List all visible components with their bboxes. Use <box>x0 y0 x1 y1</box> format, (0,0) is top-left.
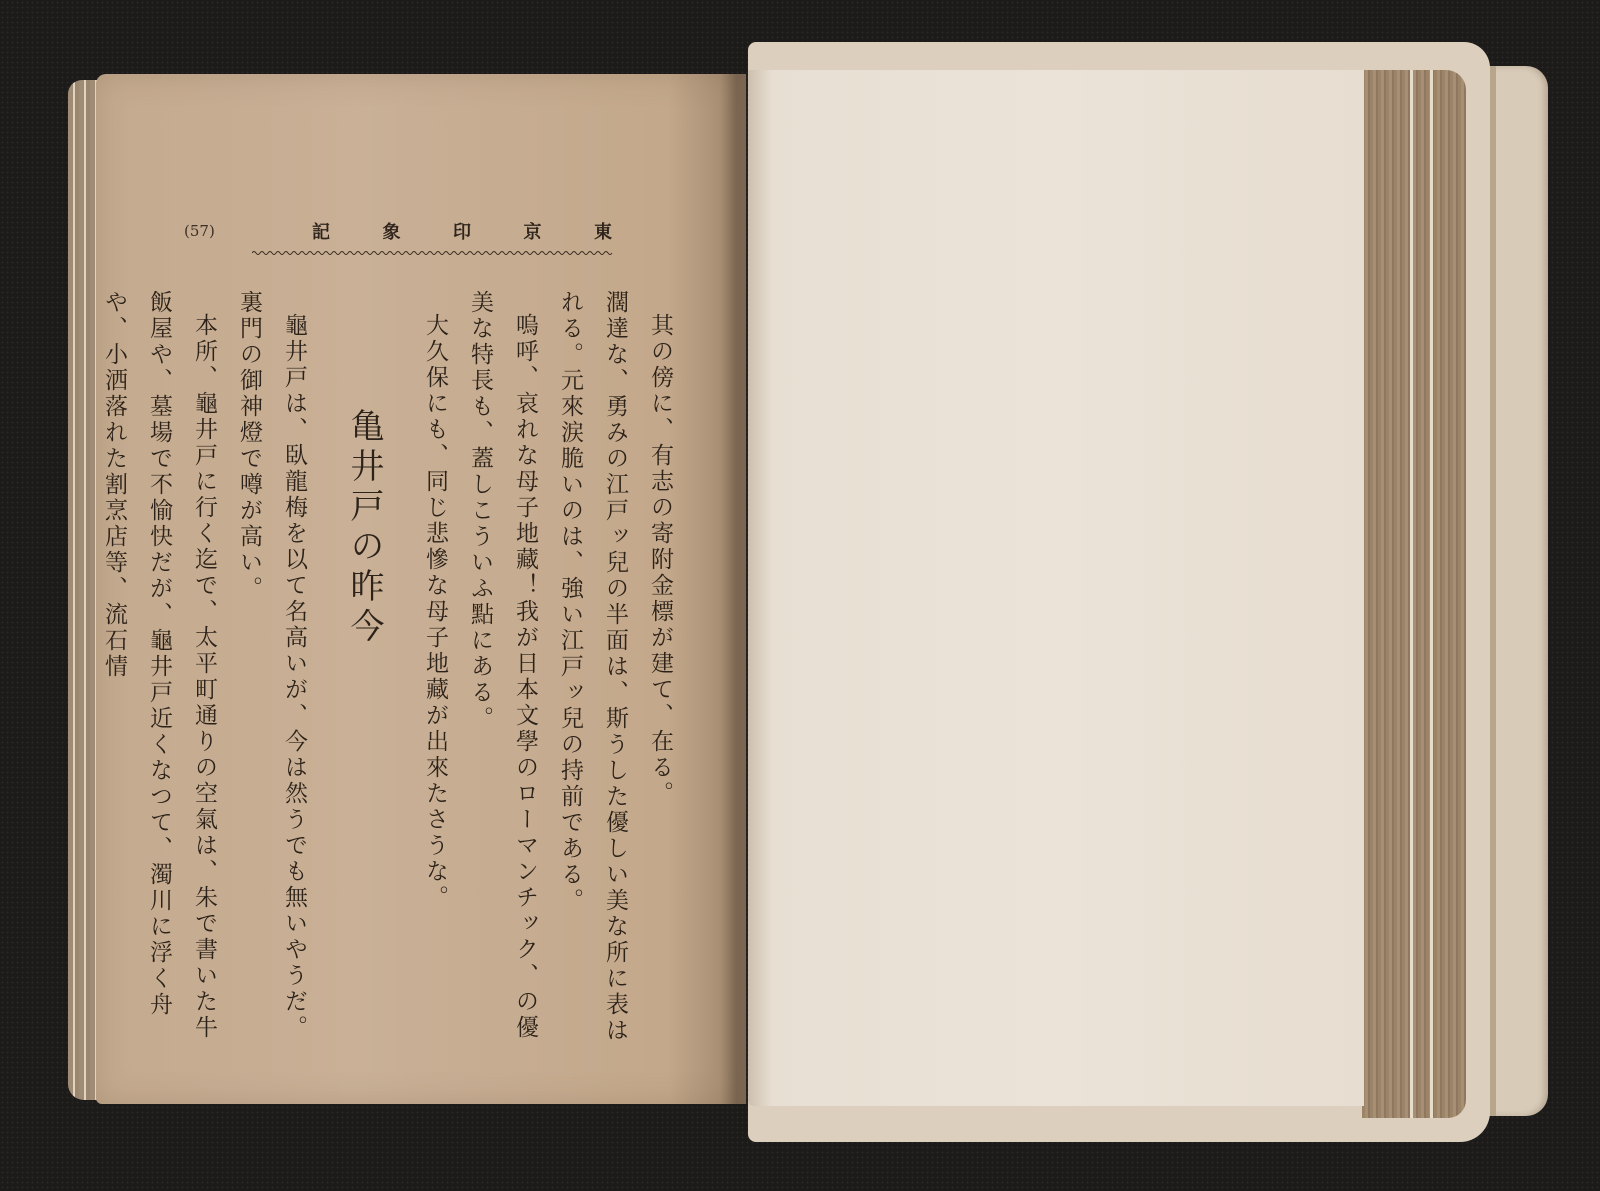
running-title-char: 京 <box>524 218 542 244</box>
running-title-char: 印 <box>453 218 471 244</box>
paragraph: 其の傍に、有志の寄附金標が建て、在る。 <box>637 290 682 1050</box>
spine-gutter <box>720 74 748 1104</box>
paragraph: 嗚呼、哀れな母子地藏！我が日本文學のローマンチック、の優美な特長も、蓋しこういふ… <box>457 290 547 1050</box>
open-book: (57) 東 京 印 象 記 其の傍に、有志の寄附金標が建て、在る。 濶達な、勇… <box>0 0 1600 1191</box>
running-title-char: 象 <box>383 218 401 244</box>
section-heading: 亀井戸の昨今 <box>316 290 412 1050</box>
right-page-blank <box>748 70 1364 1106</box>
paragraph: 大久保にも、同じ悲慘な母子地藏が出來たさうな。 <box>412 290 457 1050</box>
wavy-header-rule <box>252 250 614 256</box>
right-page-stack-edge <box>1362 70 1466 1118</box>
paragraph: 本所、龜井戸に行く迄で、太平町通りの空氣は、朱で書いた牛飯屋や、墓場で不愉快だが… <box>91 290 226 1050</box>
back-cover-edge <box>1490 66 1496 1116</box>
running-title: 東 京 印 象 記 <box>312 218 612 244</box>
running-title-char: 東 <box>594 218 612 244</box>
page-edge-line <box>1410 70 1413 1118</box>
paragraph: 濶達な、勇みの江戸ッ兒の半面は、斯うした優しい美な所に表はれる。元來涙脆いのは、… <box>547 290 637 1050</box>
body-text-vertical: 其の傍に、有志の寄附金標が建て、在る。 濶達な、勇みの江戸ッ兒の半面は、斯うした… <box>170 290 682 1050</box>
running-title-char: 記 <box>312 218 330 244</box>
paragraph: 龜井戸は、臥龍梅を以て名高いが、今は然うでも無いやうだ。裏門の御神燈で噂が高い。 <box>226 290 316 1050</box>
page-number: (57) <box>184 222 215 240</box>
page-edge-line <box>1430 70 1433 1118</box>
